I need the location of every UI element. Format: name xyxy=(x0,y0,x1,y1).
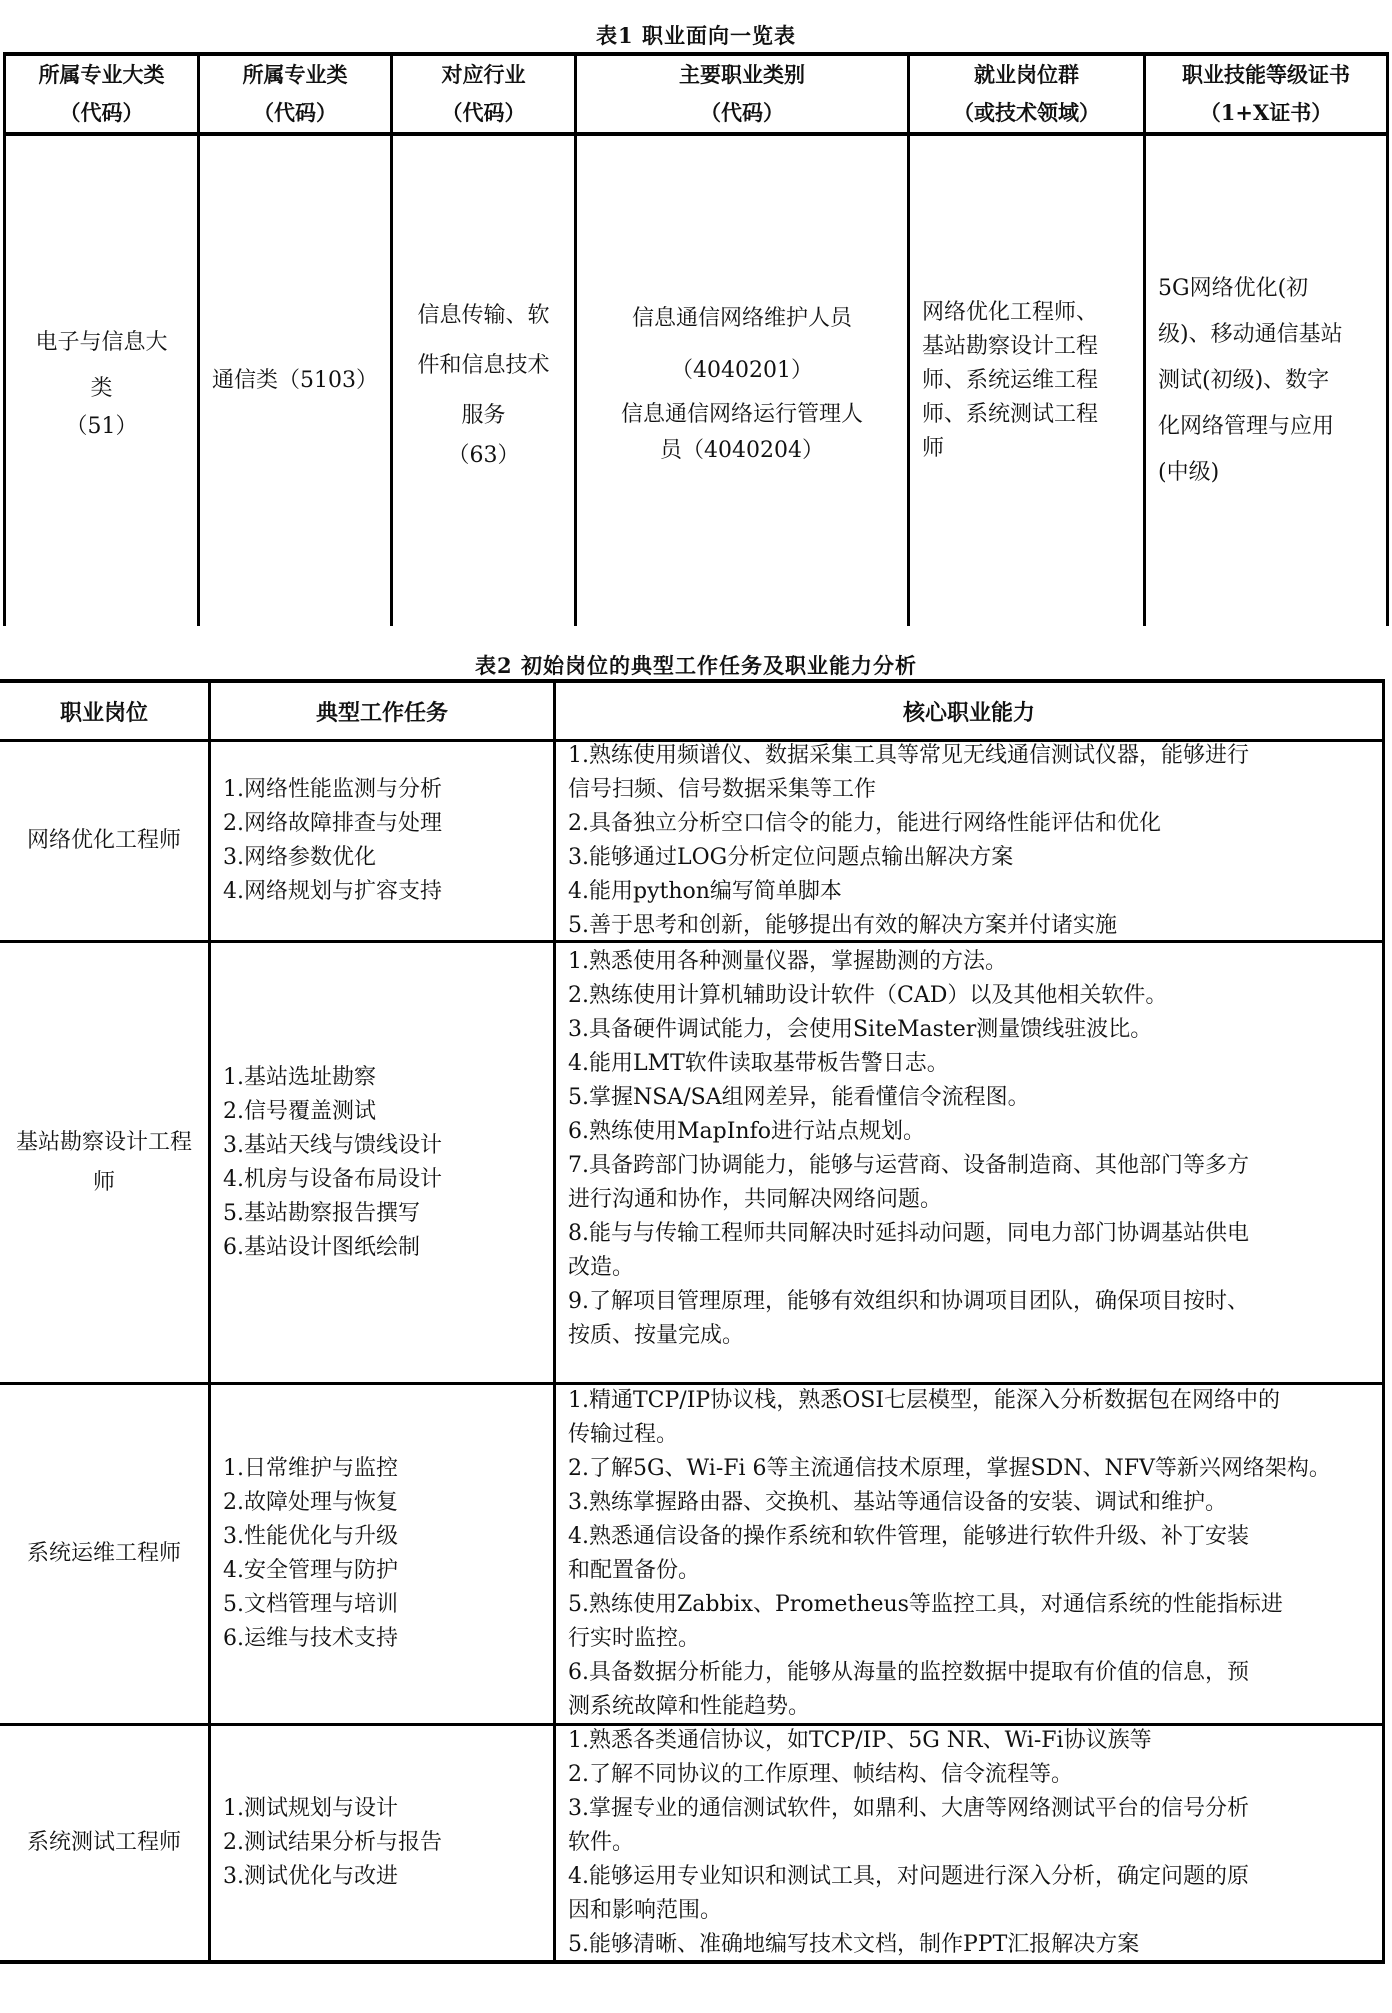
cell-text: 通信类（5103） xyxy=(212,356,378,406)
ability-line: 5.熟练使用Zabbix、Prometheus等监控工具，对通信系统的性能指标进 xyxy=(568,1588,1372,1622)
ability-line: 6.熟练使用MapInfo进行站点规划。 xyxy=(568,1115,1372,1149)
ability-line: 3.掌握专业的通信测试软件，如鼎利、大唐等网络测试平台的信号分析 xyxy=(568,1792,1372,1826)
cell-major-category: 电子与信息大 类 （51） xyxy=(6,136,197,626)
task-item: 1.日常维护与监控 xyxy=(223,1452,553,1486)
task-item: 4.机房与设备布局设计 xyxy=(223,1163,553,1197)
cell-text: 员（4040204） xyxy=(660,433,824,469)
ability-line: 9.了解项目管理原理，能够有效组织和协调项目团队，确保项目按时、 xyxy=(568,1285,1372,1319)
cell-text: 师、系统运维工程 xyxy=(922,364,1098,398)
ability-line: 行实时监控。 xyxy=(568,1622,1372,1656)
ability-line: 5.能够清晰、准确地编写技术文档，制作PPT汇报解决方案 xyxy=(568,1928,1372,1962)
ability-line: 1.熟悉使用各种测量仪器，掌握勘测的方法。 xyxy=(568,945,1372,979)
row-tasks: 1.测试规划与设计 2.测试结果分析与报告 3.测试优化与改进 xyxy=(211,1726,553,1960)
cell-text: 化网络管理与应用 xyxy=(1158,404,1334,450)
row-position: 网络优化工程师 xyxy=(0,742,208,940)
ability-line: 传输过程。 xyxy=(568,1418,1372,1452)
cell-text: 信息通信网络运行管理人 xyxy=(621,397,863,433)
header-sublabel: （代码） xyxy=(442,94,526,132)
ability-line: 6.具备数据分析能力，能够从海量的监控数据中提取有价值的信息，预 xyxy=(568,1656,1372,1690)
task-item: 3.基站天线与馈线设计 xyxy=(223,1129,553,1163)
cell-text: 信息通信网络维护人员 xyxy=(632,293,852,345)
row-tasks: 1.基站选址勘察 2.信号覆盖测试 3.基站天线与馈线设计 4.机房与设备布局设… xyxy=(211,943,553,1382)
header-job-group: 就业岗位群 （或技术领域） xyxy=(910,56,1143,132)
cell-text: 类 xyxy=(90,366,112,412)
row-tasks: 1.日常维护与监控 2.故障处理与恢复 3.性能优化与升级 4.安全管理与防护 … xyxy=(211,1385,553,1723)
career-orientation-table: 所属专业大类 （代码） 所属专业类 （代码） 对应行业 （代码） 主要职业类别 … xyxy=(3,52,1389,626)
header-sublabel: （代码） xyxy=(60,94,144,132)
cell-certificates: 5G网络优化(初 级)、移动通信基站 测试(初级)、数字 化网络管理与应用 (中… xyxy=(1146,136,1386,626)
ability-line: 1.熟悉各类通信协议，如TCP/IP、5G NR、Wi-Fi协议族等 xyxy=(568,1724,1372,1758)
cell-text: 服务 xyxy=(461,391,505,441)
ability-line: 8.能与与传输工程师共同解决时延抖动问题，同电力部门协调基站供电 xyxy=(568,1217,1372,1251)
table2-caption: 表2 初始岗位的典型工作任务及职业能力分析 xyxy=(0,650,1392,680)
cell-text: （51） xyxy=(66,412,138,442)
ability-line: 软件。 xyxy=(568,1826,1372,1860)
header-label: 主要职业类别 xyxy=(679,56,805,94)
task-item: 6.运维与技术支持 xyxy=(223,1622,553,1656)
header-major-class: 所属专业类 （代码） xyxy=(200,56,390,132)
task-item: 5.基站勘察报告撰写 xyxy=(223,1197,553,1231)
row-abilities: 1.熟练使用频谱仪、数据采集工具等常见无线通信测试仪器，能够进行 信号扫频、信号… xyxy=(556,742,1382,940)
task-item: 1.基站选址勘察 xyxy=(223,1061,553,1095)
header-label: 所属专业大类 xyxy=(39,56,165,94)
cell-text: 基站勘察设计工程 xyxy=(922,330,1098,364)
ability-line: 7.具备跨部门协调能力，能够与运营商、设备制造商、其他部门等多方 xyxy=(568,1149,1372,1183)
ability-line: 3.具备硬件调试能力，会使用SiteMaster测量馈线驻波比。 xyxy=(568,1013,1372,1047)
ability-line: 1.精通TCP/IP协议栈，熟悉OSI七层模型，能深入分析数据包在网络中的 xyxy=(568,1384,1372,1418)
task-item: 1.测试规划与设计 xyxy=(223,1792,553,1826)
cell-major-class: 通信类（5103） xyxy=(200,136,390,626)
ability-line: 和配置备份。 xyxy=(568,1554,1372,1588)
ability-line: 3.能够通过LOG分析定位问题点输出解决方案 xyxy=(568,841,1372,875)
header-label: 所属专业类 xyxy=(243,56,348,94)
table-border xyxy=(1382,679,1385,1964)
task-item: 2.网络故障排查与处理 xyxy=(223,807,553,841)
job-task-ability-table: 职业岗位 典型工作任务 核心职业能力 网络优化工程师 1.网络性能监测与分析 2… xyxy=(0,679,1385,1964)
cell-text: （63） xyxy=(448,441,520,471)
task-item: 5.文档管理与培训 xyxy=(223,1588,553,1622)
header-major-category: 所属专业大类 （代码） xyxy=(6,56,197,132)
ability-line: 5.善于思考和创新，能够提出有效的解决方案并付诸实施 xyxy=(568,909,1372,943)
ability-line: 改造。 xyxy=(568,1251,1372,1285)
row-tasks: 1.网络性能监测与分析 2.网络故障排查与处理 3.网络参数优化 4.网络规划与… xyxy=(211,742,553,940)
table-border xyxy=(1386,52,1389,626)
task-item: 2.信号覆盖测试 xyxy=(223,1095,553,1129)
ability-line: 3.熟练掌握路由器、交换机、基站等通信设备的安装、调试和维护。 xyxy=(568,1486,1372,1520)
cell-text: 师、系统测试工程 xyxy=(922,398,1098,432)
ability-line: 4.能够运用专业知识和测试工具，对问题进行深入分析，确定问题的原 xyxy=(568,1860,1372,1894)
ability-line: 进行沟通和协作，共同解决网络问题。 xyxy=(568,1183,1372,1217)
task-item: 2.故障处理与恢复 xyxy=(223,1486,553,1520)
task-item: 6.基站设计图纸绘制 xyxy=(223,1231,553,1265)
ability-line: 2.了解不同协议的工作原理、帧结构、信令流程等。 xyxy=(568,1758,1372,1792)
header-label: 对应行业 xyxy=(442,56,526,94)
task-item: 4.网络规划与扩容支持 xyxy=(223,875,553,909)
ability-line: 2.熟练使用计算机辅助设计软件（CAD）以及其他相关软件。 xyxy=(568,979,1372,1013)
ability-line: 按质、按量完成。 xyxy=(568,1319,1372,1353)
cell-industry: 信息传输、软 件和信息技术 服务 （63） xyxy=(393,136,574,626)
ability-line: 测系统故障和性能趋势。 xyxy=(568,1690,1372,1724)
header-label: 就业岗位群 xyxy=(974,56,1079,94)
cell-text: （4040201） xyxy=(671,345,813,397)
header-occupation: 主要职业类别 （代码） xyxy=(577,56,907,132)
ability-line: 因和影响范围。 xyxy=(568,1894,1372,1928)
ability-line: 2.具备独立分析空口信令的能力，能进行网络性能评估和优化 xyxy=(568,807,1372,841)
task-item: 2.测试结果分析与报告 xyxy=(223,1826,553,1860)
cell-job-group: 网络优化工程师、 基站勘察设计工程 师、系统运维工程 师、系统测试工程 师 xyxy=(910,136,1143,626)
ability-line: 5.掌握NSA/SA组网差异，能看懂信令流程图。 xyxy=(568,1081,1372,1115)
header-certificates: 职业技能等级证书 （1+X证书） xyxy=(1146,56,1386,132)
task-item: 1.网络性能监测与分析 xyxy=(223,773,553,807)
cell-text: 5G网络优化(初 xyxy=(1158,266,1308,312)
header-label: 职业技能等级证书 xyxy=(1182,56,1350,94)
header-sublabel: （代码） xyxy=(253,94,337,132)
task-item: 4.安全管理与防护 xyxy=(223,1554,553,1588)
row-position: 系统测试工程师 xyxy=(0,1726,208,1960)
ability-line: 2.了解5G、Wi-Fi 6等主流通信技术原理，掌握SDN、NFV等新兴网络架构… xyxy=(568,1452,1372,1486)
header-sublabel: （1+X证书） xyxy=(1200,94,1333,132)
row-position: 基站勘察设计工程师 xyxy=(0,943,208,1382)
header-position: 职业岗位 xyxy=(0,683,208,739)
ability-line: 1.熟练使用频谱仪、数据采集工具等常见无线通信测试仪器，能够进行 xyxy=(568,739,1372,773)
header-abilities: 核心职业能力 xyxy=(556,683,1382,739)
task-item: 3.性能优化与升级 xyxy=(223,1520,553,1554)
header-tasks: 典型工作任务 xyxy=(211,683,553,739)
header-sublabel: （代码） xyxy=(700,94,784,132)
cell-occupation: 信息通信网络维护人员 （4040201） 信息通信网络运行管理人 员（40402… xyxy=(577,136,907,626)
ability-line: 信号扫频、信号数据采集等工作 xyxy=(568,773,1372,807)
ability-line: 4.能用LMT软件读取基带板告警日志。 xyxy=(568,1047,1372,1081)
table1-caption: 表1 职业面向一览表 xyxy=(0,20,1392,50)
cell-text: 师 xyxy=(922,432,944,466)
header-sublabel: （或技术领域） xyxy=(953,94,1100,132)
ability-line: 4.熟悉通信设备的操作系统和软件管理，能够进行软件升级、补丁安装 xyxy=(568,1520,1372,1554)
cell-text: (中级) xyxy=(1158,450,1219,496)
header-industry: 对应行业 （代码） xyxy=(393,56,574,132)
row-position: 系统运维工程师 xyxy=(0,1385,208,1723)
task-item: 3.测试优化与改进 xyxy=(223,1860,553,1894)
cell-text: 测试(初级)、数字 xyxy=(1158,358,1329,404)
row-abilities: 1.精通TCP/IP协议栈，熟悉OSI七层模型，能深入分析数据包在网络中的 传输… xyxy=(556,1385,1382,1723)
cell-text: 网络优化工程师、 xyxy=(922,296,1098,330)
cell-text: 电子与信息大 xyxy=(35,320,167,366)
ability-line: 4.能用python编写简单脚本 xyxy=(568,875,1372,909)
task-item: 3.网络参数优化 xyxy=(223,841,553,875)
cell-text: 信息传输、软 xyxy=(417,291,549,341)
row-abilities: 1.熟悉使用各种测量仪器，掌握勘测的方法。 2.熟练使用计算机辅助设计软件（CA… xyxy=(556,943,1382,1382)
cell-text: 级)、移动通信基站 xyxy=(1158,312,1343,358)
row-abilities: 1.熟悉各类通信协议，如TCP/IP、5G NR、Wi-Fi协议族等 2.了解不… xyxy=(556,1726,1382,1960)
cell-text: 件和信息技术 xyxy=(417,341,549,391)
